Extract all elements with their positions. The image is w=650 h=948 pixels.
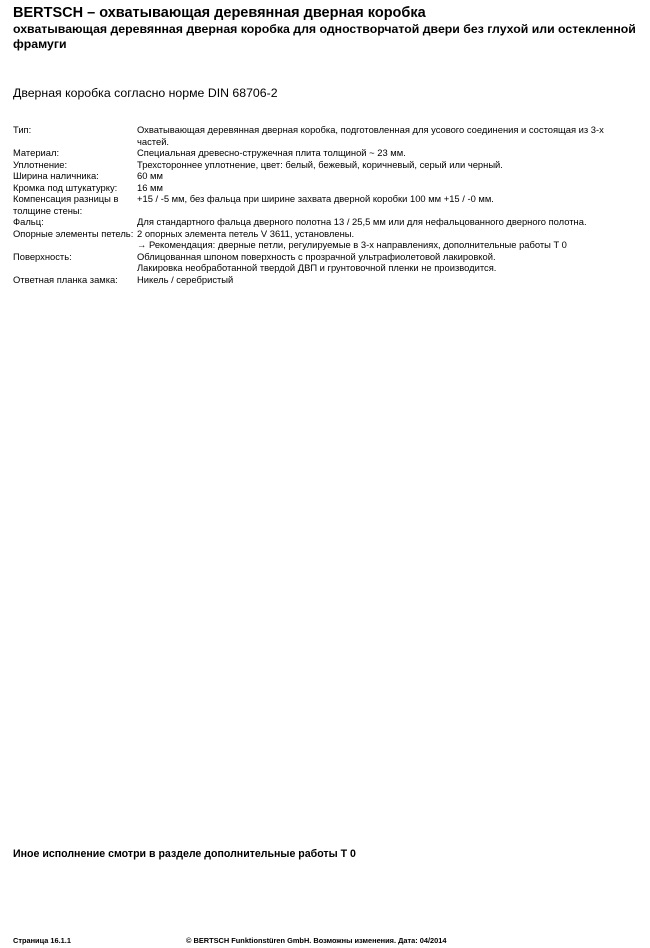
spec-value: Охватывающая деревянная дверная коробка,… <box>137 124 633 147</box>
section-title: Дверная коробка согласно норме DIN 68706… <box>13 86 278 101</box>
spec-label: Фальц: <box>13 216 137 228</box>
spec-row-seal: Уплотнение: Трехстороннее уплотнение, цв… <box>13 159 633 171</box>
spec-value: 60 мм <box>137 170 633 182</box>
spec-value: 2 опорных элемента петель V 3611, устано… <box>137 228 633 251</box>
spec-label: Компенсация разницы в толщине стены: <box>13 193 137 216</box>
specifications-table: Тип: Охватывающая деревянная дверная кор… <box>13 124 633 285</box>
spec-label: Поверхность: <box>13 251 137 274</box>
spec-label: Материал: <box>13 147 137 159</box>
spec-value: Облицованная шпоном поверхность с прозра… <box>137 251 633 274</box>
spec-value: Никель / серебристый <box>137 274 633 286</box>
alternative-version-note: Иное исполнение смотри в разделе дополни… <box>13 848 356 861</box>
document-subtitle: охватывающая деревянная дверная коробка … <box>13 22 638 52</box>
spec-label: Тип: <box>13 124 137 147</box>
spec-row-architrave-width: Ширина наличника: 60 мм <box>13 170 633 182</box>
spec-row-hinge-supports: Опорные элементы петель: 2 опорных элеме… <box>13 228 633 251</box>
spec-label: Ответная планка замка: <box>13 274 137 286</box>
spec-label: Кромка под штукатурку: <box>13 182 137 194</box>
copyright-notice: © BERTSCH Funktionstüren GmbH. Возможны … <box>186 936 446 945</box>
spec-value: +15 / -5 мм, без фальца при ширине захва… <box>137 193 633 216</box>
spec-row-material: Материал: Специальная древесно-стружечна… <box>13 147 633 159</box>
document-title: BERTSCH – охватывающая деревянная дверна… <box>13 5 426 22</box>
page-number: Страница 16.1.1 <box>13 936 71 945</box>
spec-row-surface: Поверхность: Облицованная шпоном поверхн… <box>13 251 633 274</box>
spec-value: Трехстороннее уплотнение, цвет: белый, б… <box>137 159 633 171</box>
spec-label: Опорные элементы петель: <box>13 228 137 251</box>
spec-label: Ширина наличника: <box>13 170 137 182</box>
spec-label: Уплотнение: <box>13 159 137 171</box>
spec-row-plaster-edge: Кромка под штукатурку: 16 мм <box>13 182 633 194</box>
spec-value: Для стандартного фальца дверного полотна… <box>137 216 633 228</box>
spec-row-strike-plate: Ответная планка замка: Никель / серебрис… <box>13 274 633 286</box>
spec-value: Специальная древесно-стружечная плита то… <box>137 147 633 159</box>
spec-row-type: Тип: Охватывающая деревянная дверная кор… <box>13 124 633 147</box>
spec-value: 16 мм <box>137 182 633 194</box>
spec-row-rebate: Фальц: Для стандартного фальца дверного … <box>13 216 633 228</box>
spec-row-wall-compensation: Компенсация разницы в толщине стены: +15… <box>13 193 633 216</box>
